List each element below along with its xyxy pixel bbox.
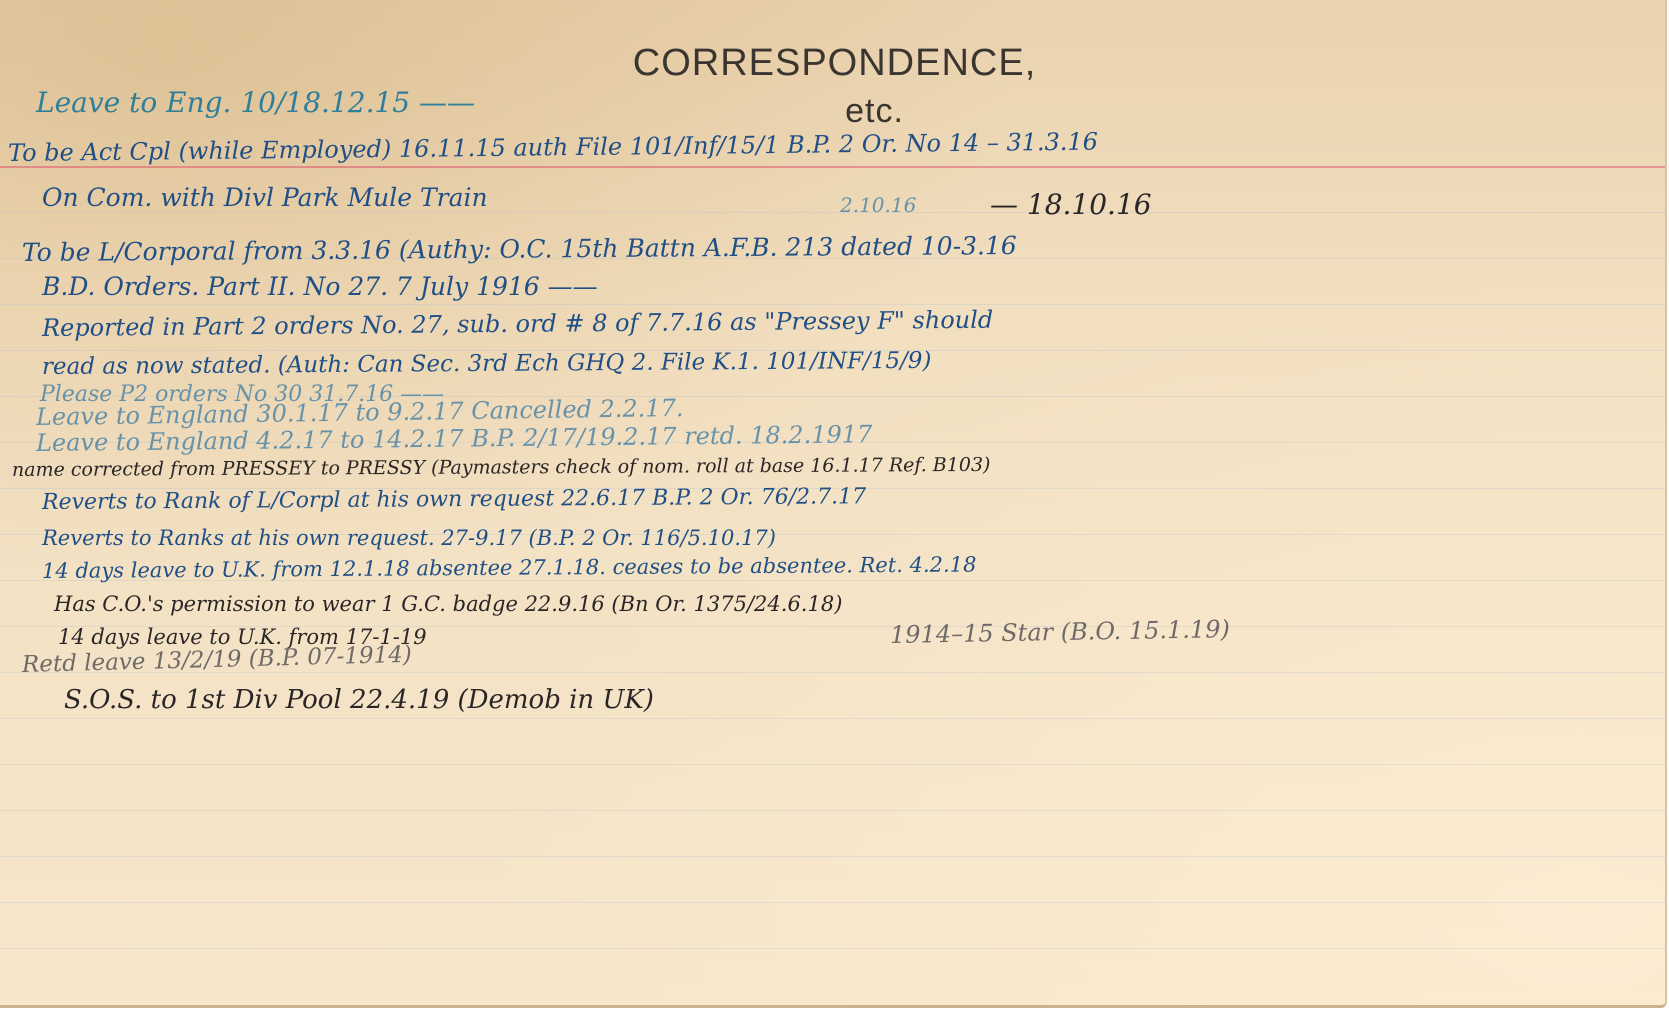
card-title: CORRESPONDENCE, — [0, 42, 1669, 85]
red-rule-line — [0, 166, 1665, 168]
ruled-line — [0, 810, 1665, 811]
entry-bd-orders: B.D. Orders. Part II. No 27. 7 July 1916… — [42, 272, 598, 302]
entry-1914-15-star: 1914–15 Star (B.O. 15.1.19) — [890, 614, 1230, 650]
ruled-line — [0, 764, 1665, 765]
entry-name-corrected: name corrected from PRESSEY to PRESSY (P… — [12, 450, 991, 485]
ruled-line — [0, 902, 1665, 903]
entry-gc-badge: Has C.O.'s permission to wear 1 G.C. bad… — [54, 589, 842, 619]
ruled-line — [0, 718, 1665, 719]
entry-lance-corporal: To be L/Corporal from 3.3.16 (Authy: O.C… — [22, 231, 1017, 268]
entry-leave-1915: Leave to Eng. 10/18.12.15 —— — [36, 88, 475, 118]
entry-read-as-stated: read as now stated. (Auth: Can Sec. 3rd … — [42, 346, 932, 382]
entry-reverts-ranks: Reverts to Ranks at his own request. 27-… — [42, 523, 776, 553]
entry-on-command-end: — 18.10.16 — [990, 190, 1152, 220]
entry-sos-div-pool: S.O.S. to 1st Div Pool 22.4.19 (Demob in… — [64, 685, 654, 715]
ruled-line — [0, 304, 1665, 305]
ruled-line — [0, 856, 1665, 857]
ruled-line — [0, 948, 1665, 949]
entry-on-command-start: 2.10.16 — [840, 190, 916, 220]
correspondence-card: CORRESPONDENCE, etc. Leave to Eng. 10/18… — [0, 0, 1667, 1008]
entry-reverts-lcorpl: Reverts to Rank of L/Corpl at his own re… — [42, 482, 866, 518]
entry-reported-part2: Reported in Part 2 orders No. 27, sub. o… — [42, 305, 993, 343]
entry-acting-cpl: To be Act Cpl (while Employed) 16.11.15 … — [8, 127, 1098, 168]
entry-on-command: On Com. with Divl Park Mule Train — [42, 183, 488, 213]
